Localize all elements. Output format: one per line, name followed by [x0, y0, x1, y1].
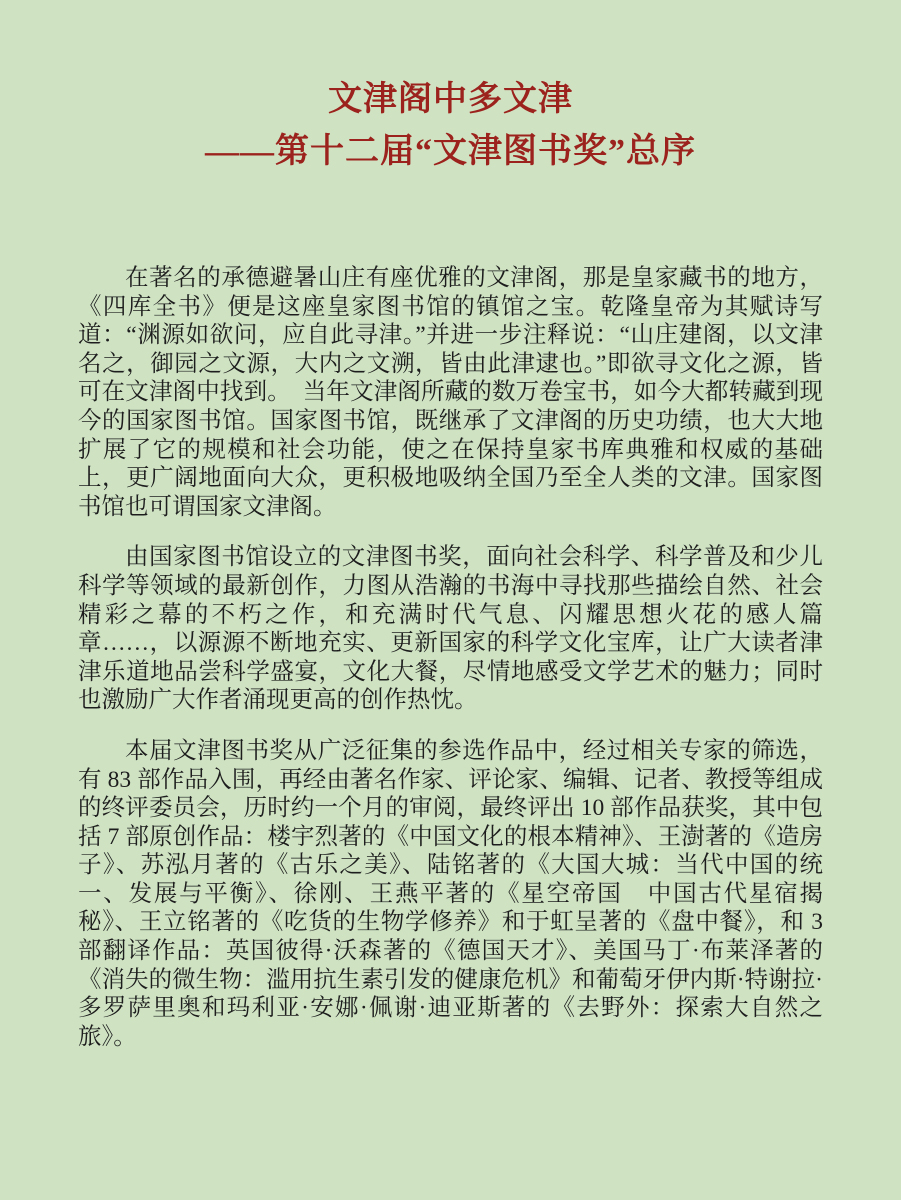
paragraph-wenjin-pavilion-history: 在著名的承德避暑山庄有座优雅的文津阁，那是皇家藏书的地方，《四库全书》便是这座皇… — [78, 264, 823, 521]
document-page: 文津阁中多文津 ——第十二届“文津图书奖”总序 在著名的承德避暑山庄有座优雅的文… — [0, 0, 901, 1200]
document-header: 文津阁中多文津 ——第十二届“文津图书奖”总序 — [0, 0, 901, 178]
document-body: 在著名的承德避暑山庄有座优雅的文津阁，那是皇家藏书的地方，《四库全书》便是这座皇… — [78, 264, 823, 1051]
document-title: 文津阁中多文津 — [0, 74, 901, 126]
document-subtitle: ——第十二届“文津图书奖”总序 — [0, 126, 901, 178]
paragraph-award-selection-results: 本届文津图书奖从广泛征集的参选作品中，经过相关专家的筛选，有 83 部作品入围，… — [78, 737, 823, 1052]
paragraph-award-mission: 由国家图书馆设立的文津图书奖，面向社会科学、科学普及和少儿科学等领域的最新创作，… — [78, 543, 823, 715]
